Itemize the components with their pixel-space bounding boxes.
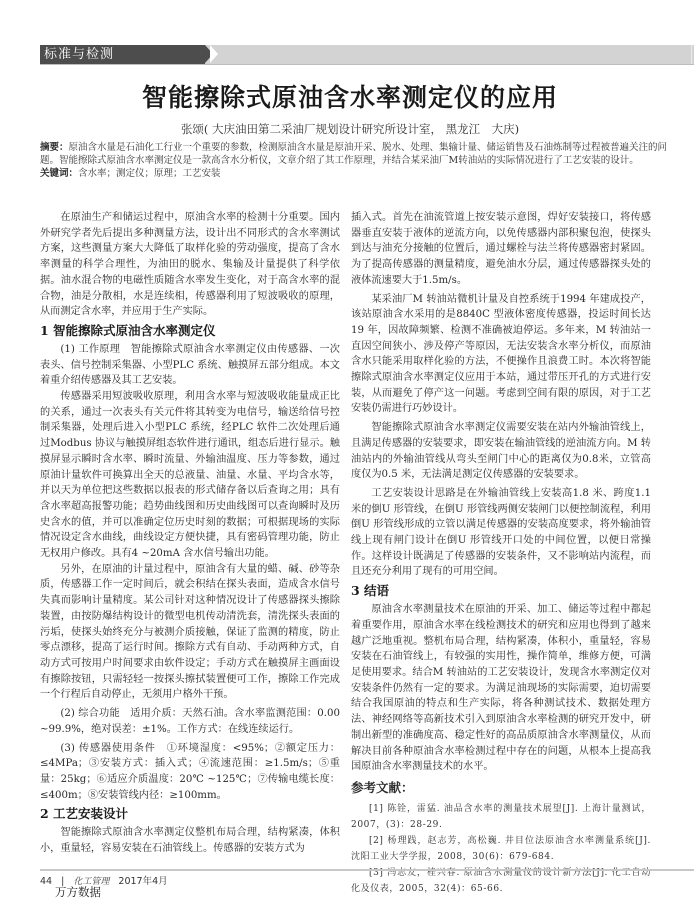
paragraph: 工艺安装设计思路是在外输油管线上安装高1.8 米、跨度1.1 米的倒U 形管线，… [351,486,651,580]
reference-item: [2] 杨理践，赵志芳，高松巍. 井目位法原油含水率测量系统[J]. 沈阳工业大… [351,833,651,865]
paragraph: 智能擦除式原油含水率测定仪整机布局合理，结构紧凑，体积小，重量轻，容易安装在石油… [40,825,340,856]
section-tag: 标准与检测 [40,45,205,64]
section-2-heading: 2 工艺安装设计 [40,805,340,823]
abstract-text: 原油含水量是石油化工行业一个重要的参数，检测原油含水量是原油开采、脱水、处理、集… [40,142,667,166]
paragraph: (2) 综合功能 适用介质：天然石油。含水率监测范围：0.00 ~99.9%，绝… [40,706,340,737]
keywords-label: 关键词： [40,168,78,179]
paragraph: 传感器采用短波吸收原理，利用含水率与短波吸收能量成正比的关系，通过一次表头有关元… [40,389,340,562]
right-column: 插入式。首先在油流管道上按安装示意图，焊好安装接口，将传感器垂直安装于液体的逆流… [351,210,651,897]
paragraph: 另外，在原油的计量过程中，原油含有大量的蜡、碱、砂等杂质，传感器工作一定时间后，… [40,562,340,703]
issue-date: 2017年4月 [118,876,167,887]
abstract: 摘要：原油含水量是石油化工行业一个重要的参数，检测原油含水量是原油开采、脱水、处… [40,141,668,167]
paragraph: (1) 工作原理 智能擦除式原油含水率测定仪由传感器、一次表头、信号控制采集器、… [40,342,340,389]
keywords: 关键词：含水率；测定仪；原理；工艺安装 [40,167,668,180]
keywords-text: 含水率；测定仪；原理；工艺安装 [78,168,221,179]
author-line: 张颂( 大庆油田第二采油厂规划设计研究所设计室， 黑龙江 大庆) [0,121,700,137]
section-banner: 标准与检测 [40,45,694,65]
left-column: 在原油生产和储运过程中，原油含水率的检测十分重要。国内外研究学者先后提出多种测量… [40,210,340,857]
footer-rule [40,869,694,871]
references-heading: 参考文献： [351,779,651,797]
watermark: 万方数据 [55,884,101,900]
section-1-heading: 1 智能擦除式原油含水率测定仪 [40,322,340,340]
paragraph: 智能擦除式原油含水率测定仪需要安装在站内外输油管线上，且满足传感器的安装要求，即… [351,420,651,483]
abstract-block: 摘要：原油含水量是石油化工行业一个重要的参数，检测原油含水量是原油开采、脱水、处… [40,141,668,180]
paragraph: (3) 传感器使用条件 ①环境湿度：<95%；②额定压力：≤4MPa；③安装方式… [40,741,340,804]
section-3-heading: 3 结语 [351,582,651,600]
banner-divider [691,45,692,64]
page-number: 44 [40,876,52,887]
abstract-label: 摘要： [40,142,69,153]
paragraph: 插入式。首先在油流管道上按安装示意图，焊好安装接口，将传感器垂直安装于液体的逆流… [351,210,651,289]
paragraph: 原油含水率测量技术在原油的开采、加工、储运等过程中都起着重要作用，原油含水率在线… [351,602,651,775]
reference-item: [1] 陈铨，雷猛. 油品含水率的测量技术展望[J]. 上海计量测试，2007，… [351,801,651,833]
article-title: 智能擦除式原油含水率测定仪的应用 [0,78,700,114]
intro-paragraph: 在原油生产和储运过程中，原油含水率的检测十分重要。国内外研究学者先后提出多种测量… [40,210,340,320]
banner-chevron-icon [210,45,218,63]
paragraph: 某采油厂M 转油站微机计量及自控系统于1994 年建成投产，该站原油含水采用的是… [351,292,651,418]
